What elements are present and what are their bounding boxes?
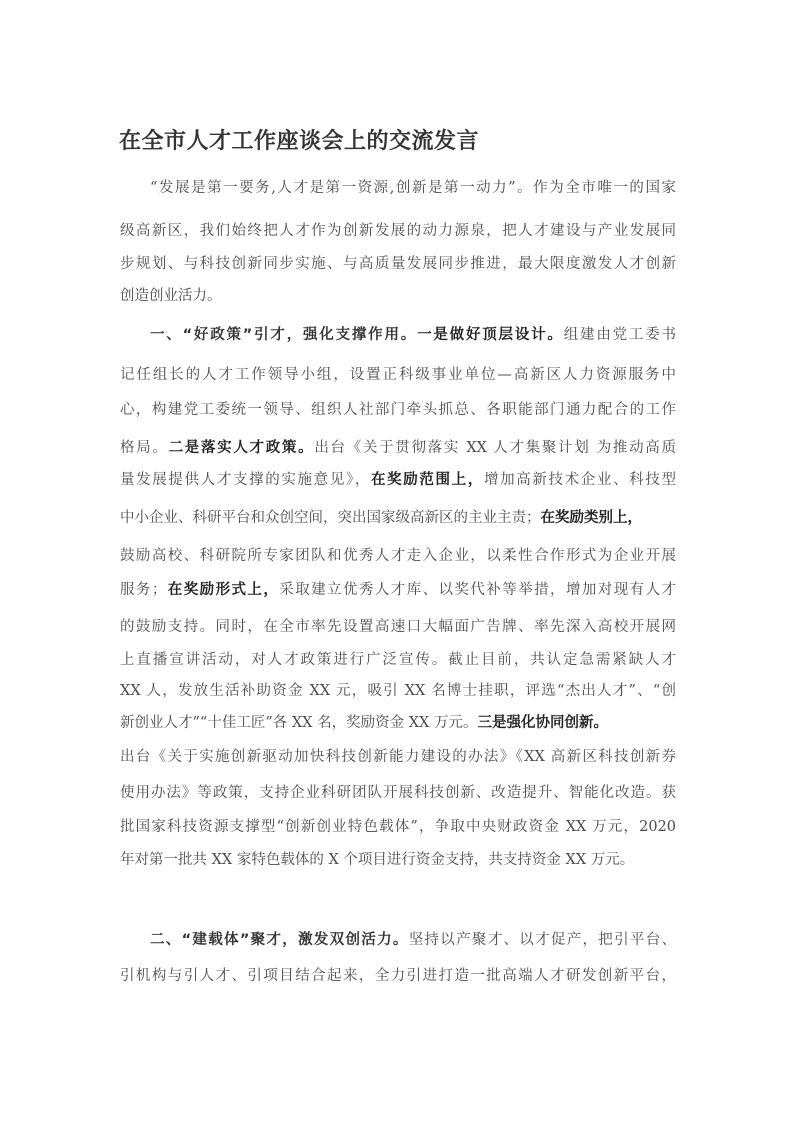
paragraph-line: 量发展提供人才支撑的实施意见》，在奖励范围上，增加高新技术企业、科技型 (120, 470, 676, 490)
paragraph-line: 中小企业、科研平台和众创空间，突出国家级高新区的主业主责；在奖励类别上， (120, 508, 676, 528)
paragraph-line: 二、“建载体”聚才，激发双创活力。坚持以产聚才、以才促产，把引平台、 (150, 930, 676, 950)
paragraph-line: 服务；在奖励形式上，采取建立优秀人才库、以奖代补等举措，增加对现有人才 (120, 580, 676, 600)
text-segment: 格局。 (120, 440, 169, 456)
paragraph-line: 创造创业活力。 (120, 286, 676, 306)
text-segment: 采取建立优秀人才库、以奖代补等举措，增加对现有人才 (279, 582, 676, 598)
text-segment: “发展是第一要务,人才是第一资源,创新是第一动力”。作为全市唯一的国家 (150, 180, 676, 196)
bold-phrase: 在奖励范围上， (371, 471, 484, 488)
text-segment: 创造创业活力。 (120, 288, 222, 304)
text-segment: 的鼓励支持。同时，在全市率先设置高速口大幅面广告牌、率先深入高校开展网 (120, 619, 676, 635)
text-segment: 年对第一批共 XX 家特色载体的 X 个项目进行资金支持，共支持资金 XX 万元… (120, 852, 634, 868)
paragraph-line: 批国家科技资源支撑型“创新创业特色载体”，争取中央财政资金 XX 万元，2020 (120, 817, 676, 837)
paragraph-line: XX 人，发放生活补助资金 XX 元，吸引 XX 名博士挂职，评选“杰出人才”、… (120, 681, 676, 701)
paragraph-line: 级高新区，我们始终把人才作为创新发展的动力源泉，把人才建设与产业发展同 (120, 221, 676, 241)
paragraph-line: 使用办法》等政策，支持企业科研团队开展科技创新、改造提升、智能化改造。获 (120, 783, 676, 803)
document-title: 在全市人才工作座谈会上的交流发言 (119, 124, 479, 155)
text-segment: 组建由党工委书 (564, 327, 676, 343)
text-segment: 中小企业、科研平台和众创空间，突出国家级高新区的主业主责； (120, 510, 541, 526)
bold-phrase: 在奖励类别上， (541, 509, 643, 526)
section-heading: 二、“建载体”聚才，激发双创活力。 (150, 932, 409, 948)
text-segment: 服务； (120, 582, 166, 598)
text-segment: 批国家科技资源支撑型“创新创业特色载体”，争取中央财政资金 XX 万元，2020 (120, 819, 676, 835)
paragraph-line: 鼓励高校、科研院所专家团队和优秀人才走入企业，以柔性合作形式为企业开展 (120, 546, 676, 566)
text-segment: 引机构与引人才、引项目结合起来，全力引进打造一批高端人才研发创新平台， (120, 968, 676, 984)
text-segment: 步规划、与科技创新同步实施、与高质量发展同步推进，最大限度激发人才创新 (120, 256, 676, 272)
bold-phrase: 一是做好顶层设计。 (417, 326, 564, 343)
paragraph-line: 格局。二是落实人才政策。出台《关于贯彻落实 XX 人才集聚计划 为推动高质 (120, 438, 676, 458)
bold-phrase: 三是强化协同创新。 (477, 714, 608, 731)
text-segment: 量发展提供人才支撑的实施意见》， (120, 472, 371, 488)
paragraph-line: “发展是第一要务,人才是第一资源,创新是第一动力”。作为全市唯一的国家 (150, 178, 676, 198)
text-segment: 增加高新技术企业、科技型 (484, 472, 676, 488)
paragraph-line: 的鼓励支持。同时，在全市率先设置高速口大幅面广告牌、率先深入高校开展网 (120, 617, 676, 637)
section-heading: 一、“好政策”引才，强化支撑作用。 (150, 327, 417, 343)
text-segment: 新创业人才”“十佳工匠”各 XX 名，奖励资金 XX 万元。 (120, 715, 477, 731)
text-segment: 出台《关于实施创新驱动加快科技创新能力建设的办法》《XX 高新区科技创新券 (120, 749, 676, 765)
document-page: 在全市人才工作座谈会上的交流发言 “发展是第一要务,人才是第一资源,创新是第一动… (0, 0, 793, 1122)
bold-phrase: 在奖励形式上， (166, 581, 279, 598)
text-segment: 级高新区，我们始终把人才作为创新发展的动力源泉，把人才建设与产业发展同 (120, 223, 676, 239)
text-segment: 记任组长的人才工作领导小组，设置正科级事业单位—高新区人力资源服务中 (120, 367, 676, 383)
text-segment: 出台《关于贯彻落实 XX 人才集聚计划 为推动高质 (314, 440, 676, 456)
text-segment: 上直播宣讲活动，对人才政策进行广泛宣传。截止目前，共认定急需紧缺人才 (120, 652, 676, 668)
text-segment: 鼓励高校、科研院所专家团队和优秀人才走入企业，以柔性合作形式为企业开展 (120, 548, 676, 564)
paragraph-line: 记任组长的人才工作领导小组，设置正科级事业单位—高新区人力资源服务中 (120, 365, 676, 385)
paragraph-line: 上直播宣讲活动，对人才政策进行广泛宣传。截止目前，共认定急需紧缺人才 (120, 650, 676, 670)
text-segment: XX 人，发放生活补助资金 XX 元，吸引 XX 名博士挂职，评选“杰出人才”、… (120, 683, 676, 699)
text-segment: 坚持以产聚才、以才促产，把引平台、 (409, 932, 676, 948)
bold-phrase: 二是落实人才政策。 (169, 439, 315, 456)
text-segment: 使用办法》等政策，支持企业科研团队开展科技创新、改造提升、智能化改造。获 (120, 785, 676, 801)
paragraph-line: 引机构与引人才、引项目结合起来，全力引进打造一批高端人才研发创新平台， (120, 966, 676, 986)
text-segment: 心，构建党工委统一领导、组织人社部门牵头抓总、各职能部门通力配合的工作 (120, 402, 676, 418)
paragraph-line: 出台《关于实施创新驱动加快科技创新能力建设的办法》《XX 高新区科技创新券 (120, 747, 676, 767)
paragraph-line: 步规划、与科技创新同步实施、与高质量发展同步推进，最大限度激发人才创新 (120, 254, 676, 274)
paragraph-line: 年对第一批共 XX 家特色载体的 X 个项目进行资金支持，共支持资金 XX 万元… (120, 850, 676, 870)
paragraph-line: 新创业人才”“十佳工匠”各 XX 名，奖励资金 XX 万元。三是强化协同创新。 (120, 713, 676, 733)
paragraph-line: 一、“好政策”引才，强化支撑作用。一是做好顶层设计。组建由党工委书 (150, 325, 676, 345)
paragraph-line: 心，构建党工委统一领导、组织人社部门牵头抓总、各职能部门通力配合的工作 (120, 400, 676, 420)
